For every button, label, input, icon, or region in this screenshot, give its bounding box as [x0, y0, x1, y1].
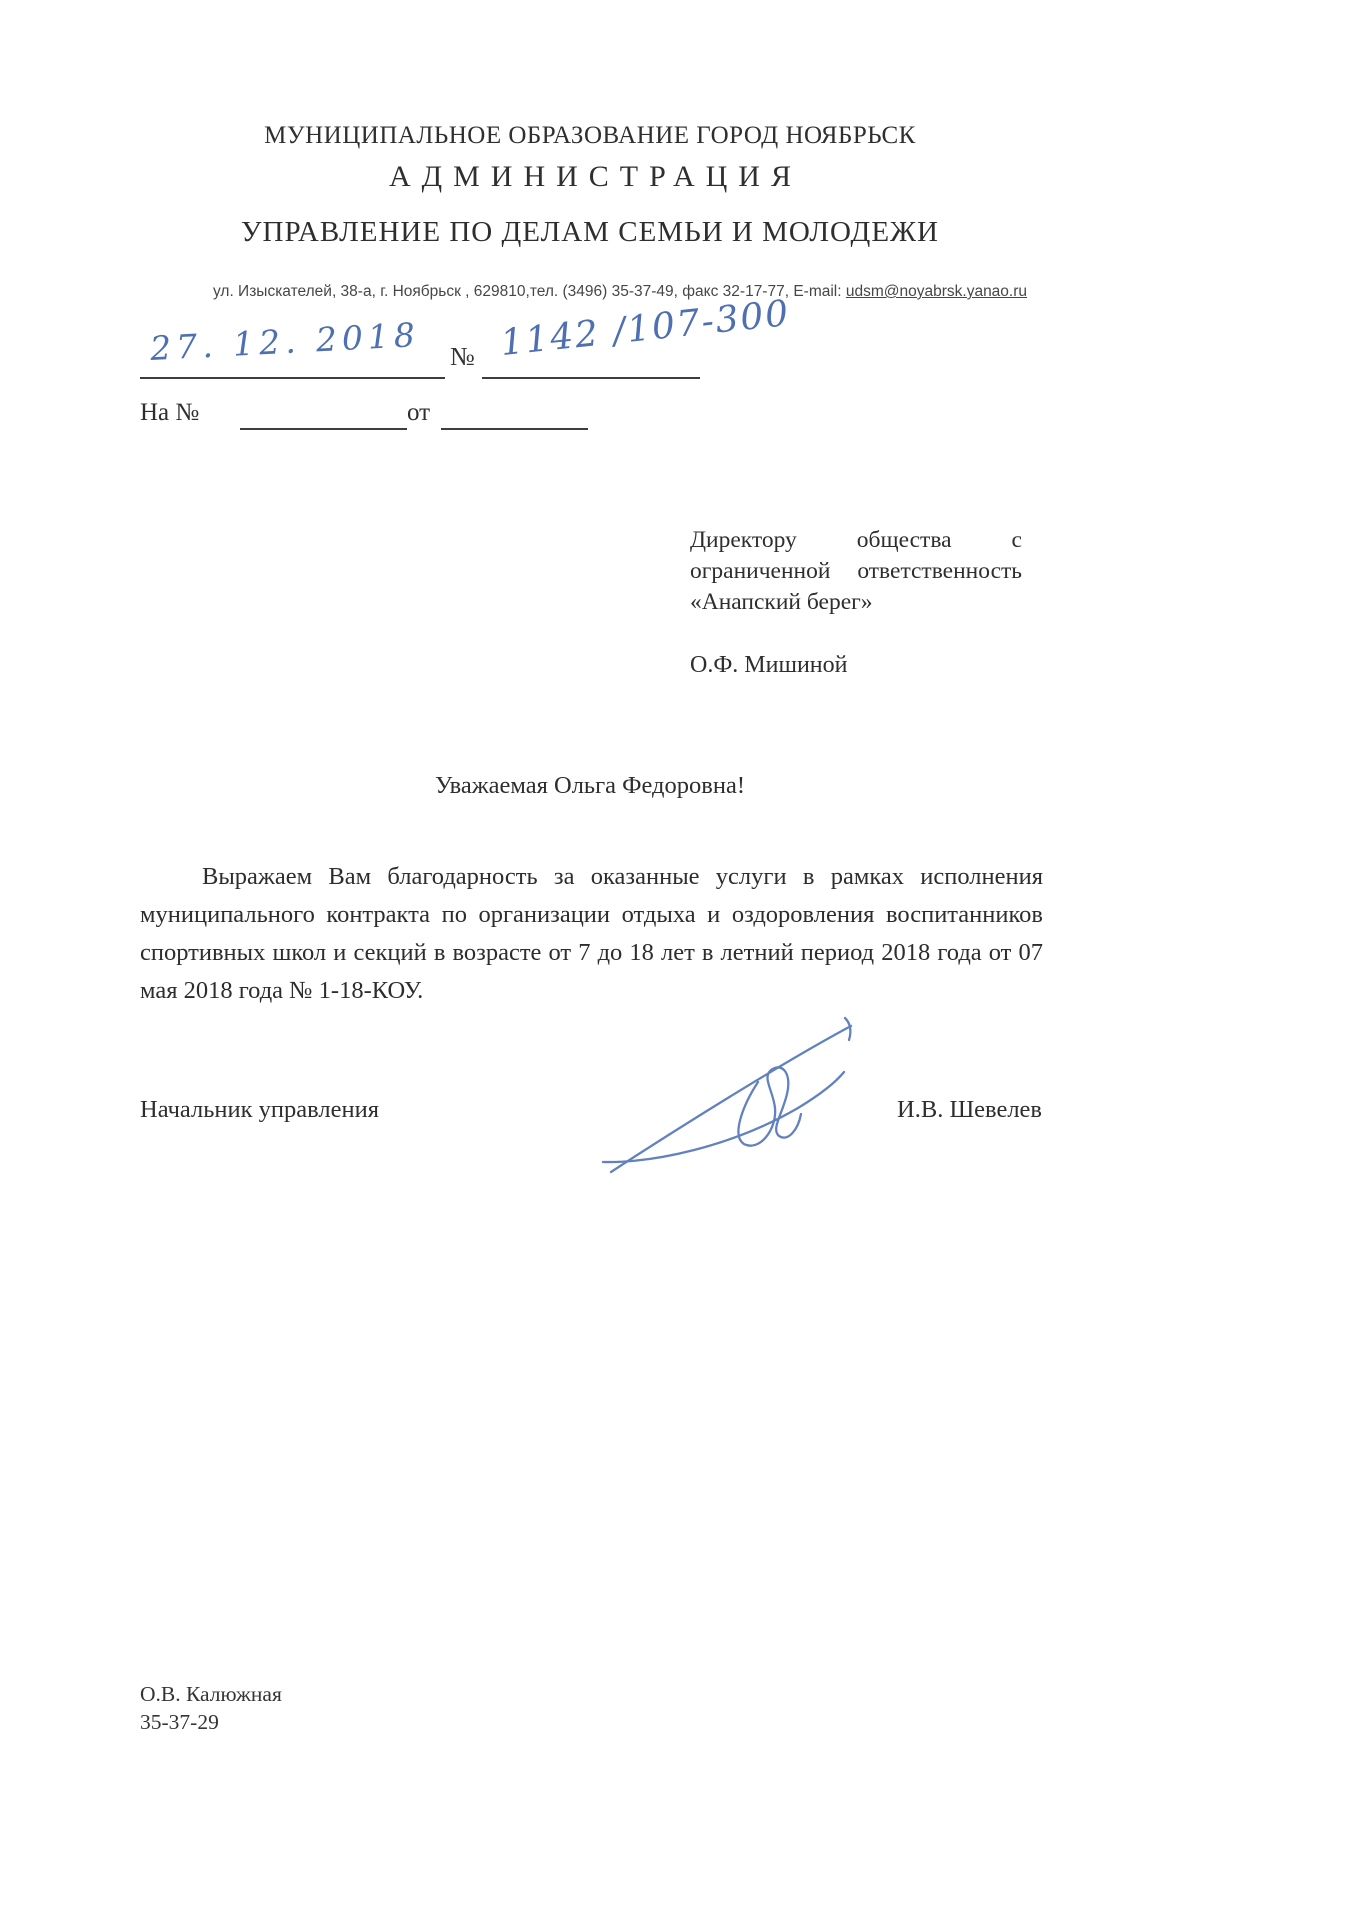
handwritten-outgoing-number: 1142 /107-300: [499, 293, 792, 364]
date-underline: [140, 377, 445, 379]
addressee-line-1: Директору общества с: [690, 525, 1022, 556]
letterhead-contact-line: ул. Изыскателей, 38-а, г. Ноябрьск , 629…: [150, 283, 1090, 301]
number-underline: [482, 377, 700, 379]
letterhead-municipality: МУНИЦИПАЛЬНОЕ ОБРАЗОВАНИЕ ГОРОД НОЯБРЬСК: [140, 122, 1040, 150]
addressee-block: Директору общества с ограниченной ответс…: [690, 525, 1022, 618]
signer-name: И.В. Шевелев: [897, 1096, 1042, 1124]
reply-from-label: от: [407, 399, 430, 427]
addressee-line-3: «Анапский берег»: [690, 587, 1022, 618]
reply-number-label: На №: [140, 399, 199, 427]
signature-row: Начальник управления И.В. Шевелев: [140, 1096, 1042, 1124]
salutation: Уважаемая Ольга Федоровна!: [140, 772, 1040, 800]
number-sign-label: №: [450, 342, 475, 372]
letterhead-administration: АДМИНИСТРАЦИЯ: [140, 160, 1040, 194]
executor-phone: 35-37-29: [140, 1708, 282, 1736]
executor-block: О.В. Калюжная 35-37-29: [140, 1680, 282, 1736]
signer-title: Начальник управления: [140, 1096, 379, 1123]
contact-email: udsm@noyabrsk.yanao.ru: [846, 283, 1027, 300]
reply-number-underline: [240, 428, 407, 430]
addressee-person: О.Ф. Мишиной: [690, 652, 848, 679]
executor-name: О.В. Калюжная: [140, 1680, 282, 1708]
scanned-letter-page: МУНИЦИПАЛЬНОЕ ОБРАЗОВАНИЕ ГОРОД НОЯБРЬСК…: [0, 0, 1358, 1920]
handwritten-date: 27. 12. 2018: [149, 315, 421, 368]
body-paragraph: Выражаем Вам благодарность за оказанные …: [140, 858, 1043, 1010]
letterhead-department: УПРАВЛЕНИЕ ПО ДЕЛАМ СЕМЬИ И МОЛОДЕЖИ: [140, 216, 1040, 249]
addressee-line-2: ограниченной ответственность: [690, 556, 1022, 587]
reply-date-underline: [441, 428, 588, 430]
handwritten-signature: [593, 1010, 883, 1180]
